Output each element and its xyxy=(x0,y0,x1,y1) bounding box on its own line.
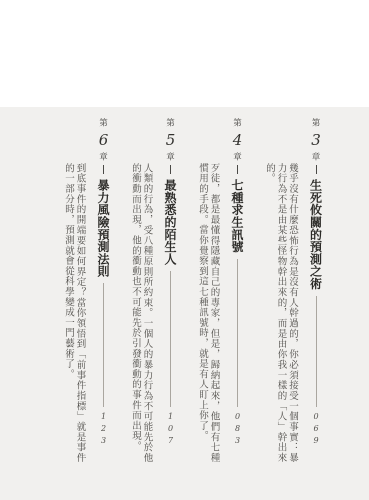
chapter-number: 4 xyxy=(229,131,247,149)
chapter-heading-column: 第 3 章 生死攸關的預測之術 069 xyxy=(305,118,327,448)
chapter-title: 七種求生訊號 xyxy=(229,179,246,253)
divider-dash xyxy=(316,165,317,174)
chapter-prefix: 第 xyxy=(98,118,110,128)
leader-line xyxy=(103,283,104,407)
chapter-heading-column: 第 5 章 最熟悉的陌生人 107 xyxy=(160,118,182,448)
chapter-description: 歹徒，都是最懂得隱藏自己的專家，但是，歸納起來，他們有七種慣用的手段。當你覺察到… xyxy=(196,163,219,463)
page-number: 083 xyxy=(233,412,242,448)
divider-dash xyxy=(170,165,171,174)
chapter-prefix: 第 xyxy=(165,118,177,128)
chapter-title: 最熟悉的陌生人 xyxy=(162,179,179,265)
divider-dash xyxy=(103,165,104,174)
divider-dash xyxy=(237,165,238,174)
chapter-title: 暴力風險預測法則 xyxy=(95,179,112,277)
chapter-number: 3 xyxy=(307,131,325,149)
page-number: 107 xyxy=(166,412,175,448)
table-of-contents: 第 3 章 生死攸關的預測之術 069 幾乎沒有什麼恐怖行為是沒有人幹過的，你必… xyxy=(62,118,328,464)
chapter-description: 人類的行為，受八種原則所約束。一個人的暴力行為不可能先於他的衝動而出現，他的衝動… xyxy=(129,163,152,463)
toc-entry-chapter-6: 第 6 章 暴力風險預測法則 123 到底事件的開端要如何界定？當你領悟到「前事… xyxy=(62,118,115,464)
chapter-prefix: 第 xyxy=(232,118,244,128)
chapter-suffix: 章 xyxy=(310,152,322,162)
chapter-suffix: 章 xyxy=(98,152,110,162)
toc-entry-chapter-5: 第 5 章 最熟悉的陌生人 107 人類的行為，受八種原則所約束。一個人的暴力行… xyxy=(129,118,182,464)
leader-line xyxy=(237,259,238,407)
chapter-description: 到底事件的開端要如何界定？當你領悟到「前事件指標」就是事件的一部分時，預測就會從… xyxy=(62,163,85,463)
chapter-title: 生死攸關的預測之術 xyxy=(308,179,325,290)
toc-entry-chapter-4: 第 4 章 七種求生訊號 083 歹徒，都是最懂得隱藏自己的專家，但是，歸納起來… xyxy=(196,118,249,464)
chapter-suffix: 章 xyxy=(165,152,177,162)
chapter-suffix: 章 xyxy=(232,152,244,162)
page-number: 123 xyxy=(99,412,108,448)
chapter-number: 5 xyxy=(162,131,180,149)
page-number: 069 xyxy=(312,412,321,448)
book-page: 第 3 章 生死攸關的預測之術 069 幾乎沒有什麼恐怖行為是沒有人幹過的，你必… xyxy=(0,0,369,500)
chapter-prefix: 第 xyxy=(310,118,322,128)
toc-page-background: 第 3 章 生死攸關的預測之術 069 幾乎沒有什麼恐怖行為是沒有人幹過的，你必… xyxy=(0,107,369,500)
leader-line xyxy=(170,271,171,407)
leader-line xyxy=(316,296,317,407)
toc-entry-chapter-3: 第 3 章 生死攸關的預測之術 069 幾乎沒有什麼恐怖行為是沒有人幹過的，你必… xyxy=(263,118,328,464)
chapter-heading-column: 第 4 章 七種求生訊號 083 xyxy=(227,118,249,448)
chapter-heading-column: 第 6 章 暴力風險預測法則 123 xyxy=(93,118,115,448)
chapter-number: 6 xyxy=(95,131,113,149)
chapter-description: 幾乎沒有什麼恐怖行為是沒有人幹過的，你必須接受一個事實：暴力行為不是由某些怪物幹… xyxy=(263,163,298,463)
